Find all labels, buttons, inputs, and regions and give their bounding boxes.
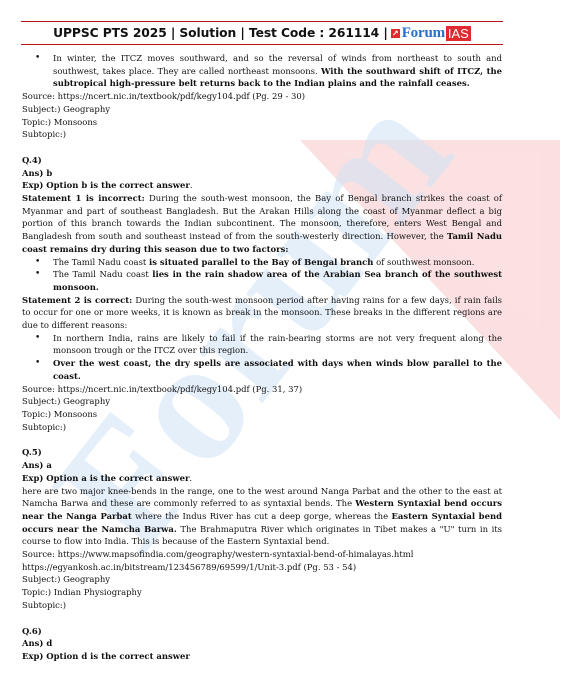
list-item: The Tamil Nadu coast lies in the rain sh… (53, 268, 502, 293)
q3-subject: Subject:) Geography (22, 103, 502, 116)
q6-answer: Ans) d (22, 638, 52, 648)
q5-subject: Subject:) Geography (22, 573, 502, 586)
q5-topic: Topic:) Indian Physiography (22, 586, 502, 599)
bullet-text: of southwest monsoon. (373, 257, 474, 267)
q3-subtopic: Subtopic:) (22, 128, 502, 141)
arrow-icon: ↗ (391, 29, 400, 38)
explanation-text: where the Indus River has cut a deep gor… (132, 511, 392, 521)
q6-explanation-heading: Exp) Option d is the correct answer (22, 651, 190, 661)
q3-source: Source: https://ncert.nic.in/textbook/pd… (22, 90, 502, 103)
statement-1-label: Statement 1 is incorrect: (22, 193, 145, 203)
q4-source: Source: https://ncert.nic.in/textbook/pd… (22, 383, 502, 396)
q5-explanation-heading: Exp) Option a is the correct answer (22, 473, 189, 483)
list-item: In northern India, rains are likely to f… (53, 332, 502, 357)
q5-subtopic: Subtopic:) (22, 599, 502, 612)
q5-explanation-text: here are two major knee-bends in the ran… (22, 485, 502, 549)
q4-statement-1-bullets: The Tamil Nadu coast is situated paralle… (22, 256, 502, 294)
page-header: UPPSC PTS 2025 | Solution | Test Code : … (21, 21, 503, 45)
q4-topic: Topic:) Monsoons (22, 408, 502, 421)
q5-answer: Ans) a (22, 460, 52, 470)
q6-number: Q.6) (22, 626, 42, 636)
statement-2-label: Statement 2 is correct: (22, 295, 132, 305)
logo-ias-text: IAS (446, 26, 471, 41)
q5-number: Q.5) (22, 447, 42, 457)
list-item: Over the west coast, the dry spells are … (53, 357, 502, 382)
q4-number: Q.4) (22, 155, 42, 165)
bullet-text: The Tamil Nadu coast (53, 257, 149, 267)
period: . (190, 180, 193, 190)
q5-source-2: https://egyankosh.ac.in/bitstream/123456… (22, 561, 502, 574)
bullet-text: The Tamil Nadu coast (53, 269, 152, 279)
q3-bullet-list: In winter, the ITCZ moves southward, and… (22, 52, 502, 90)
list-item: The Tamil Nadu coast is situated paralle… (53, 256, 502, 269)
document-content: In winter, the ITCZ moves southward, and… (22, 52, 502, 663)
q4-statement-1: Statement 1 is incorrect: During the sou… (22, 192, 502, 256)
bullet-text: In northern India, rains are likely to f… (53, 333, 502, 356)
q4-statement-2-bullets: In northern India, rains are likely to f… (22, 332, 502, 383)
q4-statement-2: Statement 2 is correct: During the south… (22, 294, 502, 332)
period: . (189, 473, 192, 483)
q4-explanation-heading: Exp) Option b is the correct answer (22, 180, 190, 190)
q4-answer: Ans) b (22, 168, 52, 178)
q4-subtopic: Subtopic:) (22, 421, 502, 434)
bullet-bold-text: Over the west coast, the dry spells are … (53, 358, 502, 381)
bullet-bold-text: is situated parallel to the Bay of Benga… (149, 257, 373, 267)
header-title: UPPSC PTS 2025 | Solution | Test Code : … (53, 26, 388, 40)
q5-source-1: Source: https://www.mapsofindia.com/geog… (22, 548, 502, 561)
list-item: In winter, the ITCZ moves southward, and… (53, 52, 502, 90)
forumias-logo: ↗ Forum IAS (391, 25, 471, 42)
q4-subject: Subject:) Geography (22, 395, 502, 408)
q3-topic: Topic:) Monsoons (22, 116, 502, 129)
logo-forum-text: Forum (402, 25, 445, 42)
